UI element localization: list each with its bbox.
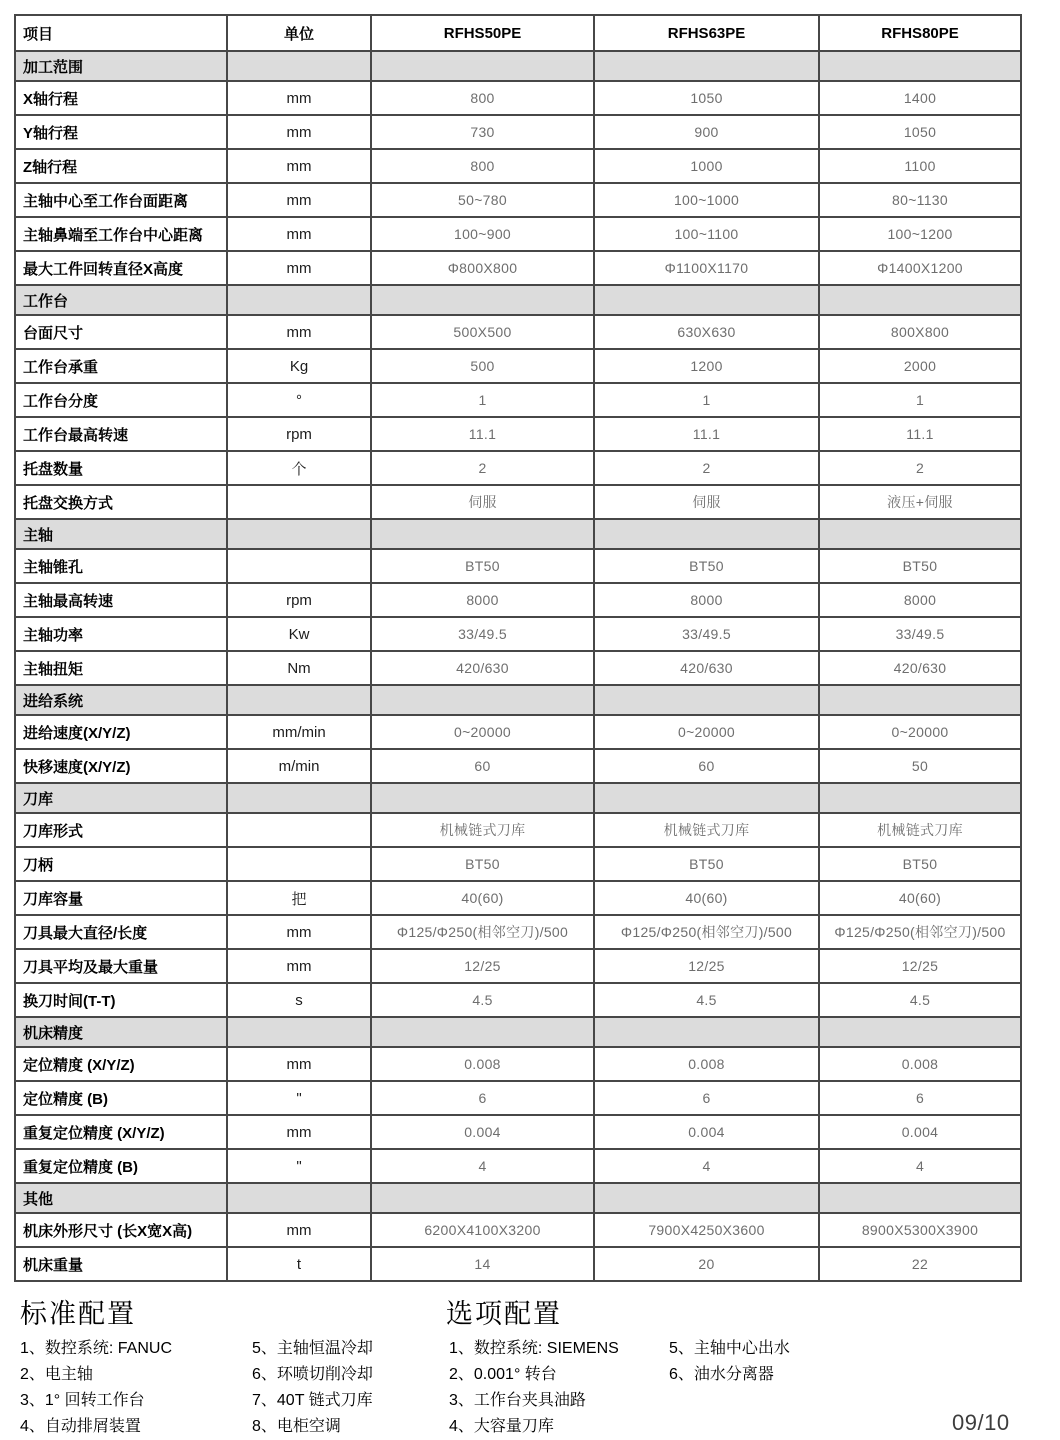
- row-unit: mm/min: [227, 715, 371, 749]
- section-empty-cell: [371, 51, 594, 81]
- row-unit: [227, 485, 371, 519]
- row-label: 快移速度(X/Y/Z): [15, 749, 227, 783]
- row-value: 6: [594, 1081, 819, 1115]
- row-value: 0.004: [819, 1115, 1021, 1149]
- section-title: 加工范围: [15, 51, 227, 81]
- row-value: 8900X5300X3900: [819, 1213, 1021, 1247]
- row-label: 刀库形式: [15, 813, 227, 847]
- column-header-model-3: RFHS80PE: [819, 15, 1021, 51]
- section-empty-cell: [227, 519, 371, 549]
- row-value: 2: [371, 451, 594, 485]
- row-unit: 个: [227, 451, 371, 485]
- table-row: 刀具平均及最大重量mm12/2512/2512/25: [15, 949, 1021, 983]
- table-row: 机床外形尺寸 (长X宽X高)mm6200X4100X32007900X4250X…: [15, 1213, 1021, 1247]
- row-value: 0~20000: [371, 715, 594, 749]
- row-value: 伺服: [371, 485, 594, 519]
- row-value: BT50: [594, 549, 819, 583]
- row-label: 主轴鼻端至工作台中心距离: [15, 217, 227, 251]
- row-value: 6: [819, 1081, 1021, 1115]
- row-value: 500: [371, 349, 594, 383]
- section-empty-cell: [819, 783, 1021, 813]
- section-empty-cell: [594, 285, 819, 315]
- section-title: 机床精度: [15, 1017, 227, 1047]
- row-unit: mm: [227, 1047, 371, 1081]
- row-value: 800: [371, 81, 594, 115]
- column-header-model-2: RFHS63PE: [594, 15, 819, 51]
- row-unit: mm: [227, 315, 371, 349]
- section-empty-cell: [819, 51, 1021, 81]
- config-list-item: 5、主轴恒温冷却: [252, 1336, 373, 1362]
- config-list-item: 1、数控系统: SIEMENS: [449, 1336, 619, 1362]
- config-list-item: 4、自动排屑装置: [20, 1414, 172, 1440]
- row-unit: Kw: [227, 617, 371, 651]
- row-value: BT50: [819, 549, 1021, 583]
- row-label: 主轴中心至工作台面距离: [15, 183, 227, 217]
- row-label: 机床重量: [15, 1247, 227, 1281]
- row-value: 500X500: [371, 315, 594, 349]
- row-value: BT50: [819, 847, 1021, 881]
- row-value: 11.1: [371, 417, 594, 451]
- section-empty-cell: [594, 1183, 819, 1213]
- row-label: X轴行程: [15, 81, 227, 115]
- table-row: 主轴中心至工作台面距离mm50~780100~100080~1130: [15, 183, 1021, 217]
- table-row: 刀库形式机械链式刀库机械链式刀库机械链式刀库: [15, 813, 1021, 847]
- row-value: 800: [371, 149, 594, 183]
- section-empty-cell: [227, 685, 371, 715]
- section-empty-cell: [227, 51, 371, 81]
- row-unit: mm: [227, 949, 371, 983]
- row-value: 0~20000: [594, 715, 819, 749]
- section-empty-cell: [819, 1017, 1021, 1047]
- row-value: 33/49.5: [371, 617, 594, 651]
- row-label: 台面尺寸: [15, 315, 227, 349]
- row-value: 12/25: [594, 949, 819, 983]
- row-label: 进给速度(X/Y/Z): [15, 715, 227, 749]
- row-value: 8000: [371, 583, 594, 617]
- section-empty-cell: [594, 51, 819, 81]
- row-value: 机械链式刀库: [819, 813, 1021, 847]
- row-value: 2: [819, 451, 1021, 485]
- column-header-item: 项目: [15, 15, 227, 51]
- section-empty-cell: [227, 285, 371, 315]
- row-value: 6200X4100X3200: [371, 1213, 594, 1247]
- row-value: 1: [819, 383, 1021, 417]
- row-value: 40(60): [594, 881, 819, 915]
- section-empty-cell: [371, 285, 594, 315]
- row-value: 0.008: [371, 1047, 594, 1081]
- row-label: 重复定位精度 (X/Y/Z): [15, 1115, 227, 1149]
- row-unit: mm: [227, 149, 371, 183]
- section-row: 工作台: [15, 285, 1021, 315]
- section-empty-cell: [819, 519, 1021, 549]
- table-row: 托盘交换方式伺服伺服液压+伺服: [15, 485, 1021, 519]
- row-value: 8000: [594, 583, 819, 617]
- row-value: Φ1400X1200: [819, 251, 1021, 285]
- row-label: 主轴锥孔: [15, 549, 227, 583]
- row-value: 50~780: [371, 183, 594, 217]
- row-value: 7900X4250X3600: [594, 1213, 819, 1247]
- row-value: 100~900: [371, 217, 594, 251]
- spec-table: 项目 单位 RFHS50PE RFHS63PE RFHS80PE 加工范围X轴行…: [14, 14, 1022, 1282]
- row-unit: [227, 549, 371, 583]
- row-value: 4: [371, 1149, 594, 1183]
- section-title: 刀库: [15, 783, 227, 813]
- row-unit: mm: [227, 1115, 371, 1149]
- row-unit: s: [227, 983, 371, 1017]
- row-value: 800X800: [819, 315, 1021, 349]
- table-row: 台面尺寸mm500X500630X630800X800: [15, 315, 1021, 349]
- row-value: 2000: [819, 349, 1021, 383]
- row-value: 730: [371, 115, 594, 149]
- row-value: 液压+伺服: [819, 485, 1021, 519]
- section-empty-cell: [227, 1017, 371, 1047]
- row-unit: rpm: [227, 583, 371, 617]
- config-list-item: 2、0.001° 转台: [449, 1362, 619, 1388]
- row-label: 工作台最高转速: [15, 417, 227, 451]
- row-label: 刀库容量: [15, 881, 227, 915]
- row-label: 重复定位精度 (B): [15, 1149, 227, 1183]
- section-empty-cell: [371, 1017, 594, 1047]
- table-row: 工作台承重Kg50012002000: [15, 349, 1021, 383]
- row-value: 33/49.5: [819, 617, 1021, 651]
- page-number: 09/10: [952, 1410, 1010, 1436]
- row-unit: mm: [227, 115, 371, 149]
- row-unit: mm: [227, 1213, 371, 1247]
- config-list-item: 6、油水分离器: [669, 1362, 790, 1388]
- table-header-row: 项目 单位 RFHS50PE RFHS63PE RFHS80PE: [15, 15, 1021, 51]
- row-value: 1: [371, 383, 594, 417]
- row-value: 6: [371, 1081, 594, 1115]
- row-value: 0.008: [594, 1047, 819, 1081]
- standard-config-list-right: 5、主轴恒温冷却6、环喷切削冷却7、40T 链式刀库8、电柜空调: [252, 1336, 373, 1440]
- section-empty-cell: [594, 685, 819, 715]
- table-row: Z轴行程mm80010001100: [15, 149, 1021, 183]
- row-unit: Kg: [227, 349, 371, 383]
- row-unit: [227, 813, 371, 847]
- config-list-item: 1、数控系统: FANUC: [20, 1336, 172, 1362]
- row-unit: mm: [227, 251, 371, 285]
- row-label: 工作台分度: [15, 383, 227, 417]
- row-value: 420/630: [594, 651, 819, 685]
- row-label: Z轴行程: [15, 149, 227, 183]
- config-list-item: 3、1° 回转工作台: [20, 1388, 172, 1414]
- table-row: 重复定位精度 (X/Y/Z)mm0.0040.0040.004: [15, 1115, 1021, 1149]
- optional-config-list-right: 5、主轴中心出水6、油水分离器: [669, 1336, 790, 1388]
- row-label: 刀柄: [15, 847, 227, 881]
- table-row: 重复定位精度 (B)"444: [15, 1149, 1021, 1183]
- row-label: 刀具平均及最大重量: [15, 949, 227, 983]
- row-value: Φ125/Φ250(相邻空刀)/500: [819, 915, 1021, 949]
- row-unit: [227, 847, 371, 881]
- row-label: 定位精度 (B): [15, 1081, 227, 1115]
- row-unit: °: [227, 383, 371, 417]
- row-label: Y轴行程: [15, 115, 227, 149]
- section-empty-cell: [371, 519, 594, 549]
- section-row: 加工范围: [15, 51, 1021, 81]
- section-row: 进给系统: [15, 685, 1021, 715]
- row-value: 60: [594, 749, 819, 783]
- row-label: 托盘数量: [15, 451, 227, 485]
- row-value: 2: [594, 451, 819, 485]
- table-row: 定位精度 (X/Y/Z)mm0.0080.0080.008: [15, 1047, 1021, 1081]
- row-value: 1050: [594, 81, 819, 115]
- row-unit: mm: [227, 915, 371, 949]
- section-title: 主轴: [15, 519, 227, 549]
- section-empty-cell: [819, 685, 1021, 715]
- table-row: 主轴扭矩Nm420/630420/630420/630: [15, 651, 1021, 685]
- section-empty-cell: [371, 783, 594, 813]
- row-value: 1100: [819, 149, 1021, 183]
- config-list-item: 4、大容量刀库: [449, 1414, 619, 1440]
- row-unit: mm: [227, 183, 371, 217]
- spec-sheet-page: 项目 单位 RFHS50PE RFHS63PE RFHS80PE 加工范围X轴行…: [0, 0, 1060, 1440]
- row-label: 主轴功率: [15, 617, 227, 651]
- row-unit: rpm: [227, 417, 371, 451]
- section-row: 机床精度: [15, 1017, 1021, 1047]
- section-row: 主轴: [15, 519, 1021, 549]
- column-header-model-1: RFHS50PE: [371, 15, 594, 51]
- table-row: Y轴行程mm7309001050: [15, 115, 1021, 149]
- row-value: 8000: [819, 583, 1021, 617]
- row-label: 定位精度 (X/Y/Z): [15, 1047, 227, 1081]
- row-value: 机械链式刀库: [371, 813, 594, 847]
- row-value: 0.008: [819, 1047, 1021, 1081]
- row-value: Φ125/Φ250(相邻空刀)/500: [594, 915, 819, 949]
- row-unit: ": [227, 1081, 371, 1115]
- section-title: 进给系统: [15, 685, 227, 715]
- row-label: 换刀时间(T-T): [15, 983, 227, 1017]
- row-label: 工作台承重: [15, 349, 227, 383]
- row-value: 4.5: [819, 983, 1021, 1017]
- row-value: 4: [819, 1149, 1021, 1183]
- row-value: BT50: [371, 549, 594, 583]
- row-value: 40(60): [819, 881, 1021, 915]
- row-label: 最大工件回转直径X高度: [15, 251, 227, 285]
- section-empty-cell: [594, 783, 819, 813]
- row-unit: Nm: [227, 651, 371, 685]
- row-label: 机床外形尺寸 (长X宽X高): [15, 1213, 227, 1247]
- section-empty-cell: [819, 1183, 1021, 1213]
- row-value: 100~1200: [819, 217, 1021, 251]
- row-value: 1050: [819, 115, 1021, 149]
- row-unit: mm: [227, 81, 371, 115]
- section-row: 刀库: [15, 783, 1021, 813]
- row-value: 4.5: [594, 983, 819, 1017]
- row-value: 1000: [594, 149, 819, 183]
- row-value: 1400: [819, 81, 1021, 115]
- section-empty-cell: [594, 1017, 819, 1047]
- row-value: Φ800X800: [371, 251, 594, 285]
- row-value: 机械链式刀库: [594, 813, 819, 847]
- row-value: BT50: [594, 847, 819, 881]
- row-value: 80~1130: [819, 183, 1021, 217]
- row-label: 刀具最大直径/长度: [15, 915, 227, 949]
- table-row: 进给速度(X/Y/Z)mm/min0~200000~200000~20000: [15, 715, 1021, 749]
- row-unit: 把: [227, 881, 371, 915]
- table-row: 主轴功率Kw33/49.533/49.533/49.5: [15, 617, 1021, 651]
- row-unit: m/min: [227, 749, 371, 783]
- table-row: 定位精度 (B)"666: [15, 1081, 1021, 1115]
- table-row: X轴行程mm80010501400: [15, 81, 1021, 115]
- table-row: 最大工件回转直径X高度mmΦ800X800Φ1100X1170Φ1400X120…: [15, 251, 1021, 285]
- section-title: 工作台: [15, 285, 227, 315]
- table-row: 工作台最高转速rpm11.111.111.1: [15, 417, 1021, 451]
- section-empty-cell: [371, 685, 594, 715]
- row-value: Φ125/Φ250(相邻空刀)/500: [371, 915, 594, 949]
- row-value: 630X630: [594, 315, 819, 349]
- optional-config-list-left: 1、数控系统: SIEMENS2、0.001° 转台3、工作台夹具油路4、大容量…: [449, 1336, 619, 1440]
- row-value: 900: [594, 115, 819, 149]
- config-list-item: 5、主轴中心出水: [669, 1336, 790, 1362]
- row-value: 22: [819, 1247, 1021, 1281]
- row-label: 主轴扭矩: [15, 651, 227, 685]
- config-list-item: 2、电主轴: [20, 1362, 172, 1388]
- table-row: 工作台分度°111: [15, 383, 1021, 417]
- table-row: 主轴锥孔BT50BT50BT50: [15, 549, 1021, 583]
- config-list-item: 8、电柜空调: [252, 1414, 373, 1440]
- row-value: 100~1100: [594, 217, 819, 251]
- row-label: 主轴最高转速: [15, 583, 227, 617]
- section-empty-cell: [227, 1183, 371, 1213]
- standard-config-list-left: 1、数控系统: FANUC2、电主轴3、1° 回转工作台4、自动排屑装置: [20, 1336, 172, 1440]
- row-value: 1: [594, 383, 819, 417]
- row-value: 11.1: [819, 417, 1021, 451]
- row-value: 100~1000: [594, 183, 819, 217]
- row-value: 11.1: [594, 417, 819, 451]
- config-list-item: 7、40T 链式刀库: [252, 1388, 373, 1414]
- row-label: 托盘交换方式: [15, 485, 227, 519]
- table-row: 主轴鼻端至工作台中心距离mm100~900100~1100100~1200: [15, 217, 1021, 251]
- table-row: 托盘数量个222: [15, 451, 1021, 485]
- row-value: 0~20000: [819, 715, 1021, 749]
- row-value: 1200: [594, 349, 819, 383]
- config-list-item: 3、工作台夹具油路: [449, 1388, 619, 1414]
- section-row: 其他: [15, 1183, 1021, 1213]
- row-value: 12/25: [819, 949, 1021, 983]
- row-value: 420/630: [371, 651, 594, 685]
- section-empty-cell: [371, 1183, 594, 1213]
- row-value: BT50: [371, 847, 594, 881]
- row-value: 33/49.5: [594, 617, 819, 651]
- section-empty-cell: [819, 285, 1021, 315]
- row-value: 420/630: [819, 651, 1021, 685]
- table-row: 主轴最高转速rpm800080008000: [15, 583, 1021, 617]
- row-unit: ": [227, 1149, 371, 1183]
- section-empty-cell: [594, 519, 819, 549]
- table-row: 刀具最大直径/长度mmΦ125/Φ250(相邻空刀)/500Φ125/Φ250(…: [15, 915, 1021, 949]
- row-value: 12/25: [371, 949, 594, 983]
- row-unit: mm: [227, 217, 371, 251]
- row-value: 20: [594, 1247, 819, 1281]
- standard-config-title: 标准配置: [20, 1292, 136, 1331]
- row-value: 14: [371, 1247, 594, 1281]
- config-list-item: 6、环喷切削冷却: [252, 1362, 373, 1388]
- row-value: Φ1100X1170: [594, 251, 819, 285]
- section-title: 其他: [15, 1183, 227, 1213]
- table-row: 机床重量t142022: [15, 1247, 1021, 1281]
- row-value: 4: [594, 1149, 819, 1183]
- table-row: 快移速度(X/Y/Z)m/min606050: [15, 749, 1021, 783]
- optional-config-title: 选项配置: [446, 1292, 562, 1331]
- row-unit: t: [227, 1247, 371, 1281]
- table-row: 刀柄BT50BT50BT50: [15, 847, 1021, 881]
- row-value: 0.004: [371, 1115, 594, 1149]
- column-header-unit: 单位: [227, 15, 371, 51]
- row-value: 60: [371, 749, 594, 783]
- row-value: 4.5: [371, 983, 594, 1017]
- section-empty-cell: [227, 783, 371, 813]
- table-row: 换刀时间(T-T)s4.54.54.5: [15, 983, 1021, 1017]
- row-value: 伺服: [594, 485, 819, 519]
- row-value: 50: [819, 749, 1021, 783]
- row-value: 40(60): [371, 881, 594, 915]
- table-row: 刀库容量把40(60)40(60)40(60): [15, 881, 1021, 915]
- row-value: 0.004: [594, 1115, 819, 1149]
